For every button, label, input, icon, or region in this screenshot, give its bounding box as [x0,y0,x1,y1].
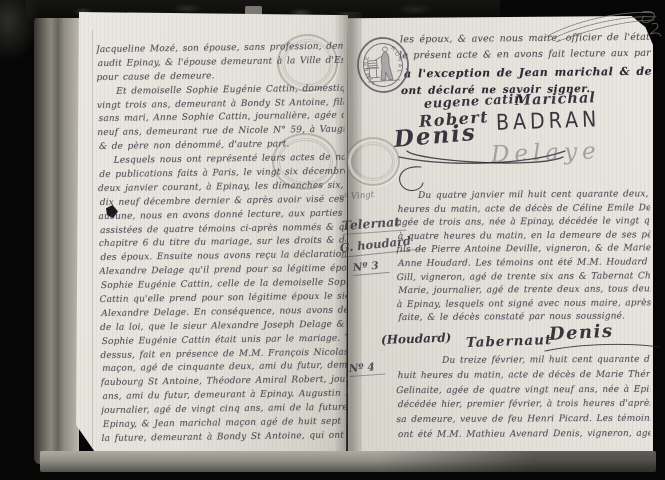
handwritten-line: Du treize février, mil huit cent quarant… [396,353,650,369]
signature-marichal: Marichal [515,89,596,109]
handwritten-line: Du quatre janvier mil huit cent quarante… [396,188,650,203]
timbre-royal-stamp: TIMBRE ROYAL [354,34,412,96]
handwritten-line: Marie, journalier, agé de trente deux an… [398,283,651,298]
signature-houdard: (Houdard) [381,331,452,347]
margin-note-n4: Nº 4 [349,361,386,377]
entry4-text: Du treize février, mil huit cent quarant… [396,353,650,446]
handwritten-line: décédée hier, premier février, à trois h… [398,397,651,413]
left-page-text: Jacqueline Mozé, son épouse, sans profes… [96,41,349,450]
handwritten-line: sa demeure, veuve de feu Henri Picard. L… [396,412,650,428]
pencil-flourish [540,8,662,48]
denis-flourish-curl [393,163,429,199]
handwritten-line: Anne Houdard. Les témoins ont été M.M. H… [398,256,651,271]
handwritten-line: la future, demeurant à Bondy St Antoine,… [101,429,348,446]
left-margin-rule [92,30,93,446]
handwritten-line: Gelinaite, agée de quatre vingt neuf ans… [396,382,650,398]
signature-tabernaut: Tabernaut [466,332,553,351]
signature-delaye: Delaye [491,138,602,168]
closing-line-bold: à l'exception de Jean marichal & de Ségr… [404,65,656,81]
signature-badran: BADRAN [496,107,601,136]
embossed-stamp-3 [346,137,400,186]
bottom-page-block-edge [40,451,656,472]
denis-signature-flourish-2 [543,341,661,355]
handwritten-line: agée de trois ans, née à Epinay, décédée… [396,215,650,230]
entry3-text: Du quatre janvier mil huit cent quarante… [396,188,651,328]
handwritten-line: ont été M.M. Mathieu Avenard Denis, vign… [398,427,651,443]
stacked-page-edges [34,18,79,464]
handwritten-line: huit heures du matin, acte de décès de M… [398,367,651,383]
register-book-scan: Jacqueline Mozé, son épouse, sans profes… [0,0,665,480]
